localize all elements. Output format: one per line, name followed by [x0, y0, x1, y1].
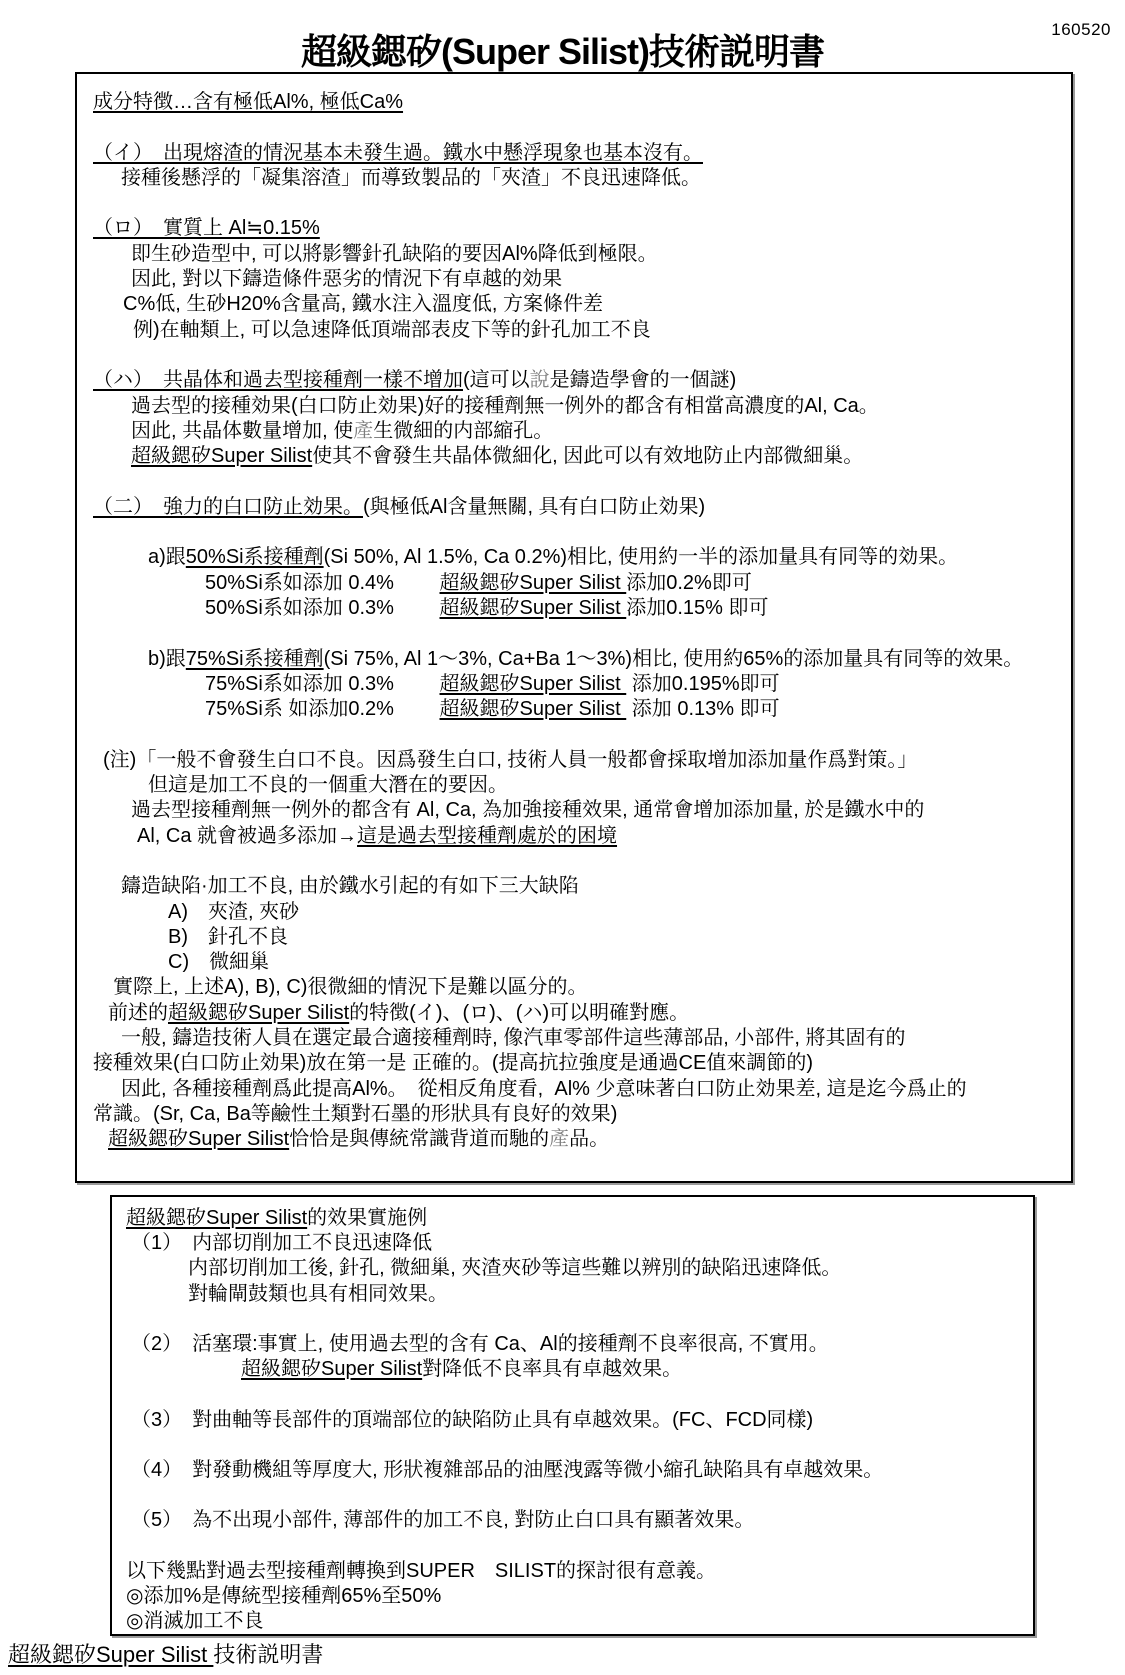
- text-line: B) 針孔不良: [93, 925, 1065, 950]
- text-line: 以下幾點對過去型接種劑轉換到SUPER SILIST的探討很有意義。: [126, 1559, 1027, 1584]
- text-line: （1） 内部切削加工不良迅速降低: [126, 1231, 1027, 1256]
- text-segment: 對輪閘鼓類也具有相同效果。: [188, 1283, 448, 1305]
- text-segment: 一般, 鑄造技術人員在選定最合適接種劑時, 像汽車零部件這些薄部品, 小部件, …: [121, 1027, 905, 1049]
- text-line: ◎消滅加工不良: [126, 1609, 1027, 1634]
- text-line: [126, 1382, 1027, 1407]
- text-segment: (Si 50%, Al 1.5%, Ca 0.2%)相比, 使用約一半的添加量具…: [324, 546, 959, 568]
- text-segment: （5） 為不出現小部件, 薄部件的加工不良, 對防止白口具有顯著效果。: [131, 1509, 754, 1531]
- text-line: 接種效果(白口防止効果)放在第一是 正確的。(提高抗拉強度是通過CE值來調節的): [93, 1051, 1065, 1076]
- text-line: 接種後懸浮的「凝集溶渣」而導致製品的「夾渣」不良迅速降低。: [93, 166, 1065, 191]
- text-segment: 添加0.195%即可: [626, 673, 779, 695]
- text-line: 因此, 對以下鑄造條件惡劣的情況下有卓越的効果: [93, 267, 1065, 292]
- text-segment: （ロ） 實質上 Al≒0.15%: [93, 217, 320, 239]
- text-line: （3） 對曲軸等長部件的頂端部位的缺陷防止具有卓越效果。(FC、FCD同樣): [126, 1408, 1027, 1433]
- text-segment: 對降低不良率具有卓越效果。: [422, 1358, 682, 1380]
- text-segment: 超級鍶矽Super Silist: [440, 572, 627, 594]
- text-segment: （1） 内部切削加工不良迅速降低: [131, 1232, 432, 1254]
- text-line: （イ） 出現熔渣的情況基本未發生過。鐵水中懸浮現象也基本沒有。: [93, 141, 1065, 166]
- text-line: 50%Si系如添加 0.3% 超級鍶矽Super Silist 添加0.15% …: [93, 596, 1065, 621]
- text-segment: 因此, 對以下鑄造條件惡劣的情況下有卓越的効果: [131, 268, 562, 290]
- text-segment: 這是過去型接種劑處於的困境: [357, 825, 617, 847]
- text-line: [93, 115, 1065, 140]
- text-segment: 75%Si系接種劑: [186, 648, 324, 670]
- text-segment: 過去型接種劑無一例外的都含有 Al, Ca, 為加強接種效果, 通常會增加添加量…: [131, 799, 924, 821]
- text-segment: 使其不會發生共晶体微細化, 因此可以有效地防止内部微細巢。: [312, 445, 863, 467]
- main-content-box: 成分特徴…含有極低Al%, 極低Ca% （イ） 出現熔渣的情況基本未發生過。鐵水…: [75, 72, 1073, 1183]
- text-line: [93, 849, 1065, 874]
- text-segment: （イ） 出現熔渣的情況基本未發生過。鐵水中懸浮現象也基本沒有。: [93, 142, 703, 164]
- text-line: [93, 621, 1065, 646]
- text-segment: (注)「一般不會發生白口不良。因爲發生白口, 技術人員一般都會採取增加添加量作爲…: [103, 749, 917, 771]
- text-line: a)跟50%Si系接種劑(Si 50%, Al 1.5%, Ca 0.2%)相比…: [93, 545, 1065, 570]
- text-line: 一般, 鑄造技術人員在選定最合適接種劑時, 像汽車零部件這些薄部品, 小部件, …: [93, 1026, 1065, 1051]
- text-line: [93, 722, 1065, 747]
- text-segment: (與極低Al含量無關, 具有白口防止効果): [363, 496, 705, 518]
- text-line: 實際上, 上述A), B), C)很微細的情況下是難以區分的。: [93, 975, 1065, 1000]
- page-title-text: 超級鍶矽(Super Silist)技術説明書: [301, 24, 824, 79]
- text-segment: 例)在軸類上, 可以急速降低頂端部表皮下等的針孔加工不良: [133, 319, 651, 341]
- text-segment: 接種效果(白口防止効果)放在第一是 正確的。(提高抗拉強度是通過CE值來調節的): [93, 1052, 813, 1074]
- text-line: 因此, 共晶体數量增加, 使產生微細的内部縮孔。: [93, 419, 1065, 444]
- text-segment: a)跟: [148, 546, 186, 568]
- text-line: [126, 1534, 1027, 1559]
- text-segment: （ハ） 共晶体和過去型接種劑一樣不增加: [93, 369, 463, 391]
- text-segment: 超級鍶矽Super Silist: [440, 673, 627, 695]
- text-segment: （3） 對曲軸等長部件的頂端部位的缺陷防止具有卓越效果。(FC、FCD同樣): [131, 1409, 813, 1431]
- examples-box: 超級鍶矽Super Silist的效果實施例（1） 内部切削加工不良迅速降低内部…: [110, 1195, 1035, 1636]
- text-segment: 50%Si系如添加 0.4%: [205, 572, 440, 594]
- text-segment: 超級鍶矽Super Silist: [108, 1128, 289, 1150]
- text-line: （ロ） 實質上 Al≒0.15%: [93, 216, 1065, 241]
- text-segment: 75%Si系 如添加0.2%: [205, 698, 440, 720]
- text-line: [126, 1433, 1027, 1458]
- text-segment: 實際上, 上述A), B), C)很微細的情況下是難以區分的。: [113, 976, 587, 998]
- text-segment: 超級鍶矽Super Silist: [126, 1207, 307, 1229]
- text-line: 常識。(Sr, Ca, Ba等鹼性土類對石墨的形狀具有良好的效果): [93, 1102, 1065, 1127]
- text-line: 即生砂造型中, 可以將影響針孔缺陷的要因Al%降低到極限。: [93, 242, 1065, 267]
- text-segment: 50%Si系如添加 0.3%: [205, 597, 440, 619]
- text-line: （5） 為不出現小部件, 薄部件的加工不良, 對防止白口具有顯著效果。: [126, 1508, 1027, 1533]
- text-line: （2） 活塞環:事實上, 使用過去型的含有 Ca、Al的接種劑不良率很高, 不實…: [126, 1332, 1027, 1357]
- text-segment: 常識。(Sr, Ca, Ba等鹼性土類對石墨的形狀具有良好的效果): [93, 1103, 617, 1125]
- text-segment: 内部切削加工後, 針孔, 微細巢, 夾渣夾砂等這些難以辨別的缺陷迅速降低。: [188, 1257, 841, 1279]
- text-segment: （二） 強力的白口防止効果。: [93, 496, 363, 518]
- text-line: (注)「一般不會發生白口不良。因爲發生白口, 技術人員一般都會採取增加添加量作爲…: [93, 748, 1065, 773]
- text-segment: 接種後懸浮的「凝集溶渣」而導致製品的「夾渣」不良迅速降低。: [121, 167, 701, 189]
- text-line: 超級鍶矽Super Silist 技術説明書: [8, 1641, 323, 1669]
- text-line: [93, 520, 1065, 545]
- text-segment: 前述的: [108, 1002, 168, 1024]
- text-segment: 超級鍶矽Super Silist: [168, 1002, 349, 1024]
- text-segment: 以下幾點對過去型接種劑轉換到SUPER SILIST的探討很有意義。: [126, 1560, 716, 1582]
- text-segment: C) 微細巢: [168, 951, 269, 973]
- text-line: 超級鍶矽Super Silist的效果實施例: [126, 1206, 1027, 1231]
- page-title: 超級鍶矽(Super Silist)技術説明書: [0, 24, 1125, 79]
- text-line: C%低, 生砂H20%含量高, 鐵水注入溫度低, 方案條件差: [93, 292, 1065, 317]
- text-line: C) 微細巢: [93, 950, 1065, 975]
- text-segment: 超級鍶矽Super Silist: [241, 1358, 422, 1380]
- text-segment: 技術説明書: [213, 1642, 323, 1667]
- text-line: 超級鍶矽Super Silist使其不會發生共晶体微細化, 因此可以有效地防止内…: [93, 444, 1065, 469]
- text-segment: （2） 活塞環:事實上, 使用過去型的含有 Ca、Al的接種劑不良率很高, 不實…: [131, 1333, 829, 1355]
- text-line: 超級鍶矽Super Silist恰恰是與傳統常識背道而馳的產品。: [93, 1127, 1065, 1152]
- text-segment: B) 針孔不良: [168, 926, 288, 948]
- text-segment: A) 夾渣, 夾砂: [168, 901, 299, 923]
- text-segment: 恰恰是與傳統常識背道而馳的: [289, 1128, 549, 1150]
- text-segment: b)跟: [148, 648, 186, 670]
- text-line: （二） 強力的白口防止効果。(與極低Al含量無關, 具有白口防止効果): [93, 495, 1065, 520]
- text-line: 超級鍶矽Super Silist對降低不良率具有卓越效果。: [126, 1357, 1027, 1382]
- text-line: 75%Si系如添加 0.3% 超級鍶矽Super Silist 添加0.195%…: [93, 672, 1065, 697]
- text-segment: 過去型的接種効果(白口防止効果)好的接種劑無一例外的都含有相當高濃度的Al, C…: [131, 395, 879, 417]
- text-line: [93, 191, 1065, 216]
- text-segment: (Si 75%, Al 1〜3%, Ca+Ba 1〜3%)相比, 使用約65%的…: [324, 648, 1024, 670]
- text-line: b)跟75%Si系接種劑(Si 75%, Al 1〜3%, Ca+Ba 1〜3%…: [93, 647, 1065, 672]
- text-line: （ハ） 共晶体和過去型接種劑一樣不增加(這可以說是鑄造學會的一個謎): [93, 368, 1065, 393]
- text-segment: （4） 對發動機組等厚度大, 形狀複雜部品的油壓洩露等微小縮孔缺陷具有卓越效果。: [131, 1459, 883, 1481]
- text-segment: 50%Si系接種劑: [186, 546, 324, 568]
- footer-title: 超級鍶矽Super Silist 技術説明書: [8, 1641, 323, 1669]
- text-segment: 是鑄造學會的一個謎): [550, 369, 737, 391]
- text-line: 因此, 各種接種劑爲此提高Al%。 從相反角度看, Al% 少意味著白口防止効果…: [93, 1077, 1065, 1102]
- text-segment: 的特徴(イ)、(ロ)、(ハ)可以明確對應。: [349, 1002, 689, 1024]
- text-line: 例)在軸類上, 可以急速降低頂端部表皮下等的針孔加工不良: [93, 318, 1065, 343]
- text-segment: 生微細的内部縮孔。: [373, 420, 553, 442]
- text-segment: 75%Si系如添加 0.3%: [205, 673, 440, 695]
- text-segment: 的效果實施例: [307, 1207, 427, 1229]
- text-line: （4） 對發動機組等厚度大, 形狀複雜部品的油壓洩露等微小縮孔缺陷具有卓越效果。: [126, 1458, 1027, 1483]
- text-line: 前述的超級鍶矽Super Silist的特徴(イ)、(ロ)、(ハ)可以明確對應。: [93, 1001, 1065, 1026]
- text-line: [93, 343, 1065, 368]
- text-segment: 產: [353, 420, 373, 442]
- text-line: 成分特徴…含有極低Al%, 極低Ca%: [93, 90, 1065, 115]
- text-segment: 成分特徴…含有極低Al%, 極低Ca%: [93, 91, 403, 113]
- text-line: [126, 1307, 1027, 1332]
- text-line: 内部切削加工後, 針孔, 微細巢, 夾渣夾砂等這些難以辨別的缺陷迅速降低。: [126, 1256, 1027, 1281]
- text-line: 對輪閘鼓類也具有相同效果。: [126, 1282, 1027, 1307]
- text-line: 過去型的接種効果(白口防止効果)好的接種劑無一例外的都含有相當高濃度的Al, C…: [93, 394, 1065, 419]
- text-segment: 產: [549, 1128, 569, 1150]
- text-segment: 添加0.2%即可: [626, 572, 752, 594]
- text-segment: ◎添加%是傳統型接種劑65%至50%: [126, 1585, 441, 1607]
- text-line: [93, 469, 1065, 494]
- text-segment: 超級鍶矽Super Silist: [440, 698, 627, 720]
- text-segment: 鑄造缺陷·加工不良, 由於鐵水引起的有如下三大缺陷: [121, 875, 579, 897]
- text-line: 50%Si系如添加 0.4% 超級鍶矽Super Silist 添加0.2%即可: [93, 571, 1065, 596]
- text-segment: 超級鍶矽Super Silist: [8, 1642, 213, 1667]
- text-segment: 即生砂造型中, 可以將影響針孔缺陷的要因Al%降低到極限。: [131, 243, 658, 265]
- text-segment: 品。: [569, 1128, 609, 1150]
- text-segment: 說: [530, 369, 550, 391]
- text-segment: 因此, 共晶体數量增加, 使: [131, 420, 353, 442]
- text-line: ◎添加%是傳統型接種劑65%至50%: [126, 1584, 1027, 1609]
- text-line: 過去型接種劑無一例外的都含有 Al, Ca, 為加強接種效果, 通常會增加添加量…: [93, 798, 1065, 823]
- text-segment: C%低, 生砂H20%含量高, 鐵水注入溫度低, 方案條件差: [123, 293, 603, 315]
- text-segment: 因此, 各種接種劑爲此提高Al%。 從相反角度看, Al% 少意味著白口防止効果…: [121, 1078, 967, 1100]
- text-line: [126, 1483, 1027, 1508]
- text-line: 鑄造缺陷·加工不良, 由於鐵水引起的有如下三大缺陷: [93, 874, 1065, 899]
- text-segment: Al, Ca 就會被過多添加→: [137, 825, 357, 847]
- text-line: 75%Si系 如添加0.2% 超級鍶矽Super Silist 添加 0.13%…: [93, 697, 1065, 722]
- text-segment: 超級鍶矽Super Silist: [440, 597, 627, 619]
- text-segment: ◎消滅加工不良: [126, 1610, 263, 1632]
- text-segment: 添加0.15% 即可: [626, 597, 768, 619]
- text-line: 但這是加工不良的一個重大潛在的要因。: [93, 773, 1065, 798]
- text-segment: 添加 0.13% 即可: [626, 698, 779, 720]
- text-segment: 但這是加工不良的一個重大潛在的要因。: [148, 774, 508, 796]
- text-line: A) 夾渣, 夾砂: [93, 900, 1065, 925]
- text-segment: (這可以: [463, 369, 530, 391]
- text-segment: 超級鍶矽Super Silist: [131, 445, 312, 467]
- text-line: Al, Ca 就會被過多添加→這是過去型接種劑處於的困境: [93, 824, 1065, 849]
